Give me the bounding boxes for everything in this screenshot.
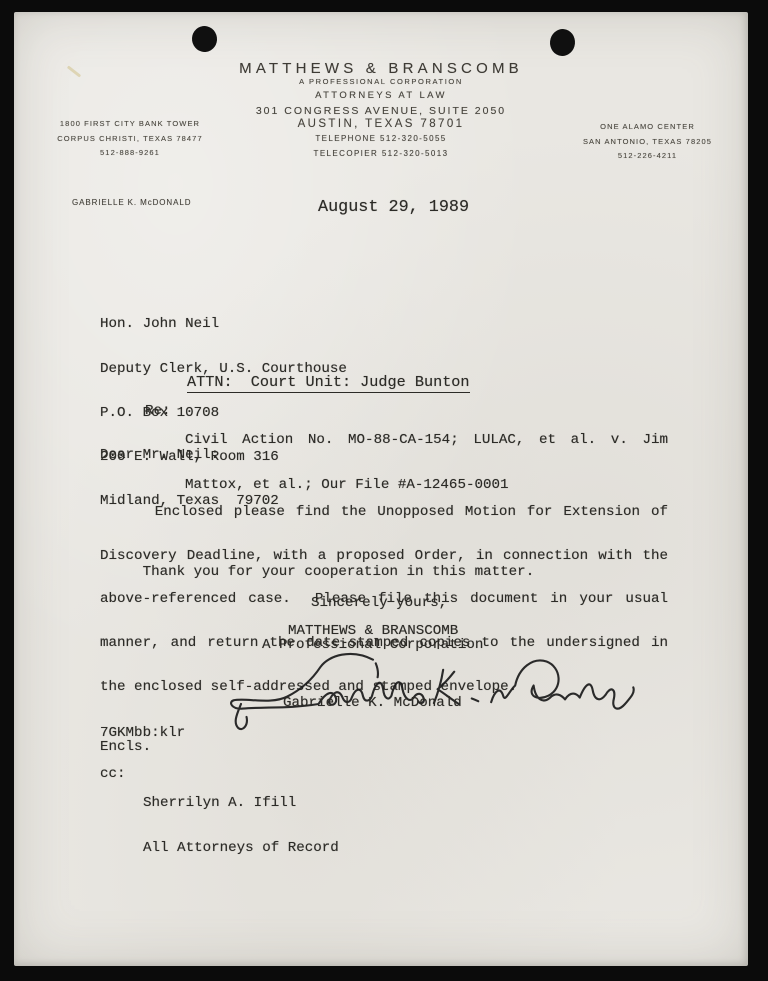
firm-name: MATTHEWS & BRANSCOMB bbox=[14, 61, 748, 76]
signer-name: Gabrielle K. McDonald bbox=[283, 696, 462, 711]
scanned-letter: MATTHEWS & BRANSCOMB A PROFESSIONAL CORP… bbox=[0, 0, 768, 981]
thanks-line: Thank you for your cooperation in this m… bbox=[100, 565, 534, 580]
re-label: Re: bbox=[145, 404, 171, 419]
firm-subtitle: A PROFESSIONAL CORPORATION bbox=[14, 78, 748, 86]
closing-line: Sincerely yours, bbox=[311, 596, 447, 611]
office-line: SAN ANTONIO, TEXAS 78205 bbox=[555, 135, 740, 150]
attorney-name: GABRIELLE K. McDONALD bbox=[72, 198, 191, 207]
recipient-line: Hon. John Neil bbox=[100, 317, 347, 332]
cc-label: cc: bbox=[100, 767, 126, 782]
san-antonio-office: ONE ALAMO CENTER SAN ANTONIO, TEXAS 7820… bbox=[555, 120, 740, 164]
attorneys-at-law-line: ATTORNEYS AT LAW bbox=[14, 91, 748, 101]
attn-line: ATTN: Court Unit: Judge Bunton bbox=[187, 375, 470, 390]
cc-line: Sherrilyn A. Ifill bbox=[143, 796, 339, 811]
office-line: CORPUS CHRISTI, TEXAS 78477 bbox=[40, 132, 220, 147]
handwritten-signature bbox=[208, 644, 658, 740]
signature-stroke bbox=[231, 654, 634, 729]
body-line: Discovery Deadline, with a proposed Orde… bbox=[100, 549, 668, 564]
date-line: August 29, 1989 bbox=[318, 201, 469, 216]
salutation: Dear Mr. Neil: bbox=[100, 448, 219, 463]
office-line: 512-226-4211 bbox=[555, 149, 740, 164]
office-line: 1800 FIRST CITY BANK TOWER bbox=[40, 117, 220, 132]
office-line: ONE ALAMO CENTER bbox=[555, 120, 740, 135]
cc-line: All Attorneys of Record bbox=[143, 841, 339, 856]
office-line: 512-888-9261 bbox=[40, 146, 220, 161]
re-line: Civil Action No. MO-88-CA-154; LULAC, et… bbox=[185, 433, 668, 448]
firm-address: 301 CONGRESS AVENUE, SUITE 2050 bbox=[14, 106, 748, 117]
attn-text: ATTN: Court Unit: Judge Bunton bbox=[187, 373, 470, 393]
corpus-christi-office: 1800 FIRST CITY BANK TOWER CORPUS CHRIST… bbox=[40, 117, 220, 161]
cc-list: Sherrilyn A. Ifill All Attorneys of Reco… bbox=[143, 767, 339, 885]
body-line: Enclosed please find the Unopposed Motio… bbox=[100, 505, 668, 520]
enclosures-note: Encls. bbox=[100, 740, 151, 755]
